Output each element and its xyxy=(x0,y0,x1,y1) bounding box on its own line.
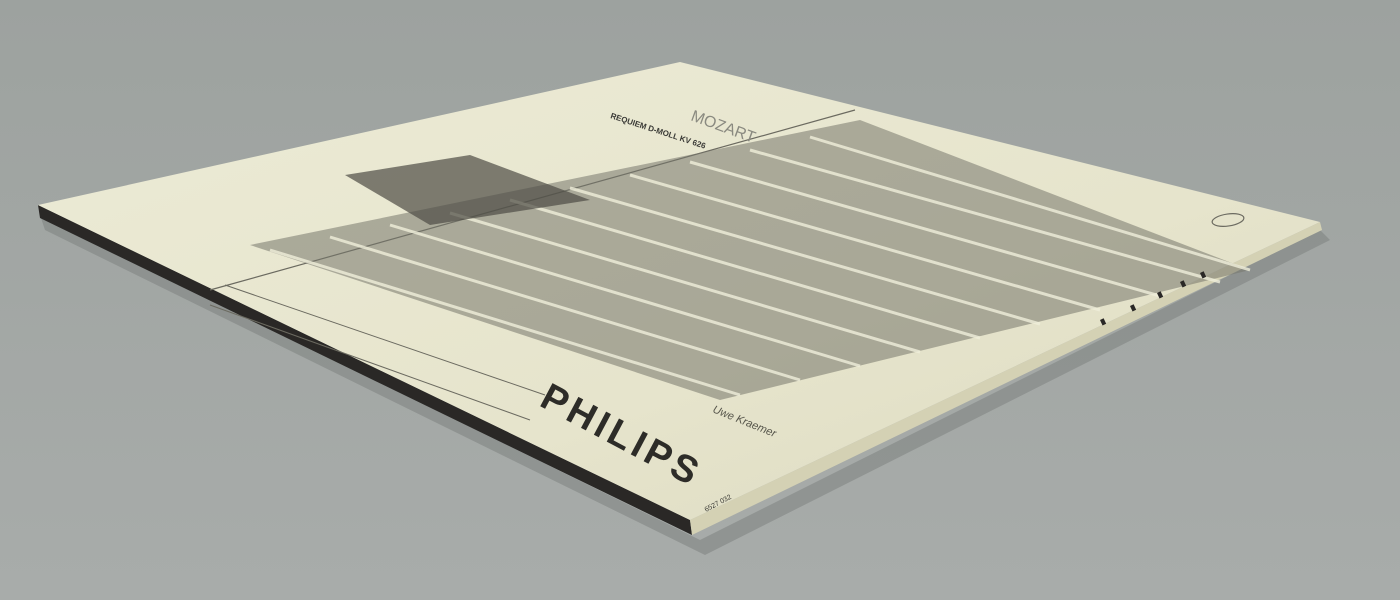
photo-scene: MOZART REQUIEM D-MOLL KV 626 PHILIPS Uwe… xyxy=(0,0,1400,600)
record-sleeve-photo: MOZART REQUIEM D-MOLL KV 626 PHILIPS Uwe… xyxy=(0,0,1400,600)
